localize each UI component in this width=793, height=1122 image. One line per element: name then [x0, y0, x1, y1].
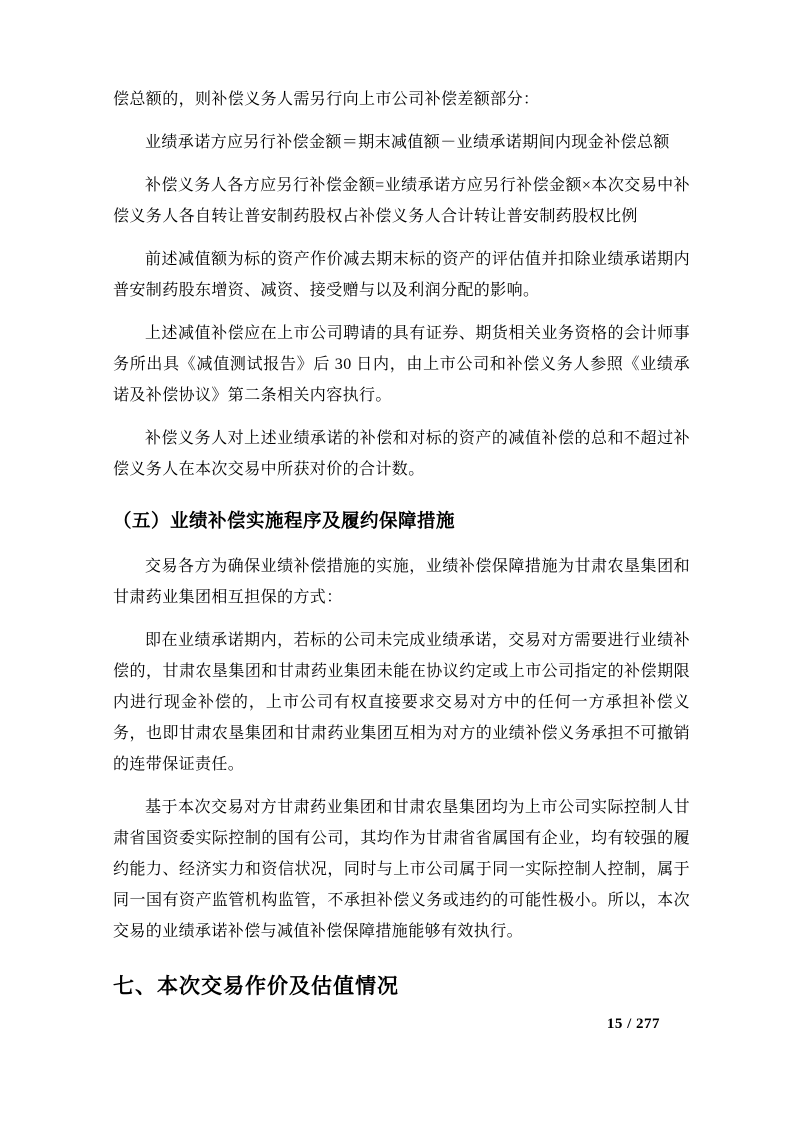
formula-obligor-share: 补偿义务人各方应另行补偿金额=业绩承诺方应另行补偿金额×本次交易中补偿义务人各自…	[113, 170, 690, 232]
document-page: 偿总额的，则补偿义务人需另行向上市公司补偿差额部分： 业绩承诺方应另行补偿金额＝…	[0, 0, 793, 1122]
paragraph-state-owned-basis: 基于本次交易对方甘肃药业集团和甘肃农垦集团均为上市公司实际控制人甘肃省国资委实际…	[113, 792, 690, 947]
paragraph-mutual-guarantee: 即在业绩承诺期内，若标的公司未完成业绩承诺，交易对方需要进行业绩补偿的，甘肃农垦…	[113, 625, 690, 780]
paragraph-impairment-test-report: 上述减值补偿应在上市公司聘请的具有证券、期货相关业务资格的会计师事务所出具《减值…	[113, 318, 690, 411]
chapter-heading-7: 七、本次交易作价及估值情况	[113, 967, 690, 1007]
page-number: 15 / 277	[607, 1016, 660, 1033]
paragraph-compensation-cap: 补偿义务人对上述业绩承诺的补偿和对标的资产的减值补偿的总和不超过补偿义务人在本次…	[113, 423, 690, 485]
paragraph-impairment-definition: 前述减值额为标的资产作价减去期末标的资产的评估值并扣除业绩承诺期内普安制药股东增…	[113, 244, 690, 306]
paragraph-continuation: 偿总额的，则补偿义务人需另行向上市公司补偿差额部分：	[113, 84, 690, 115]
paragraph-guarantee-method: 交易各方为确保业绩补偿措施的实施，业绩补偿保障措施为甘肃农垦集团和甘肃药业集团相…	[113, 551, 690, 613]
formula-impairment-compensation: 业绩承诺方应另行补偿金额＝期末减值额－业绩承诺期间内现金补偿总额	[113, 127, 690, 158]
section-heading-5: （五）业绩补偿实施程序及履约保障措施	[113, 503, 690, 539]
document-body: 偿总额的，则补偿义务人需另行向上市公司补偿差额部分： 业绩承诺方应另行补偿金额＝…	[113, 84, 690, 1007]
